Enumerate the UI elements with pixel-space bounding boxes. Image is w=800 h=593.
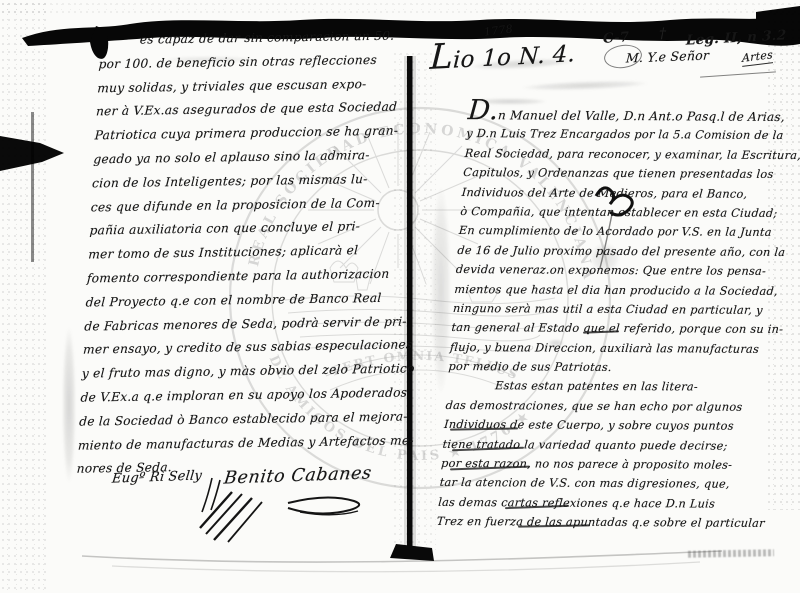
manuscript-line: de 16 de Julio proximo pasado del presen… — [456, 244, 789, 265]
manuscript-line: En cumplimiento de lo Acordado por V.S. … — [458, 224, 791, 245]
manuscript-line: Individuos del Arte de Medieros, para el… — [461, 186, 794, 207]
left-edge-noise — [0, 0, 46, 593]
manuscript-line: das demostraciones, que se han echo por … — [445, 399, 778, 420]
bleedthrough-smudge — [500, 77, 670, 94]
manuscript-line: ninguno serà mas util a esta Ciudad en p… — [452, 302, 785, 323]
manuscript-line: ò Compañia, que intentan establecer en e… — [459, 205, 792, 226]
manuscript-line: Trez en fuerza de las apuntadas q.e sobr… — [436, 515, 769, 536]
manuscript-line: Real Sociedad, para reconocer, y examina… — [464, 147, 797, 168]
header-category-label: Artes — [742, 48, 773, 67]
manuscript-line: D.n Manuel del Valle, D.n Ant.o Pasq.l d… — [467, 108, 800, 129]
manuscript-line: Individuos de este Cuerpo, y sobre cuyos… — [443, 418, 776, 439]
manuscript-line: tiene tratado la variedad quanto puede d… — [442, 438, 775, 459]
manuscript-line: tan general al Estado que el referido, p… — [451, 321, 784, 342]
gutter-foot — [390, 544, 434, 561]
signature-benito-cabanes: Benito Cabanes — [223, 463, 373, 488]
manuscript-scan: REAL SOCIEDAD ECONOMICA VALENCIANA DE AM… — [0, 0, 800, 593]
manuscript-line: por esta razon, no nos parece à proposit… — [440, 457, 773, 478]
manuscript-line: Capitulos, y Ordenanzas que tienen prese… — [462, 166, 795, 187]
header-cross-mark: † — [659, 26, 666, 42]
manuscript-line: flujo, y buena Direccion, auxiliarà las … — [449, 341, 782, 362]
manuscript-line: Estas estan patentes en las litera- — [494, 380, 779, 401]
right-page-text: D.n Manuel del Valle, D.n Ant.o Pasq.l d… — [436, 108, 800, 536]
header-legajo-reference: Leg. II, n 3.2 — [686, 27, 787, 48]
header-volume-number: Lio 1o N. 4. — [429, 30, 576, 78]
manuscript-line: tar la atencion de V.S. con mas digresio… — [439, 476, 772, 497]
manuscript-line: y D.n Luis Trez Encargados por la 5.a Co… — [465, 127, 798, 148]
top-noise — [0, 0, 800, 14]
header-salutation: M. Y.e Señor — [626, 48, 710, 66]
manuscript-line: las demas cartas reflexiones q.e hace D.… — [437, 496, 770, 517]
header-underline — [700, 71, 776, 77]
secretary-inscription: Eugº Rì Selly — [111, 468, 203, 486]
faint-pencil-note — [688, 549, 774, 557]
binding-tie — [0, 136, 64, 171]
manuscript-line: mientos que hasta el dia han producido a… — [453, 283, 786, 304]
left-page-text: es capaz de dar sin comparacion un 50. p… — [76, 28, 416, 486]
manuscript-line: devida veneraz.on exponemos: Que entre l… — [455, 263, 788, 284]
manuscript-line: por medio de sus Patriotas. — [448, 360, 781, 381]
